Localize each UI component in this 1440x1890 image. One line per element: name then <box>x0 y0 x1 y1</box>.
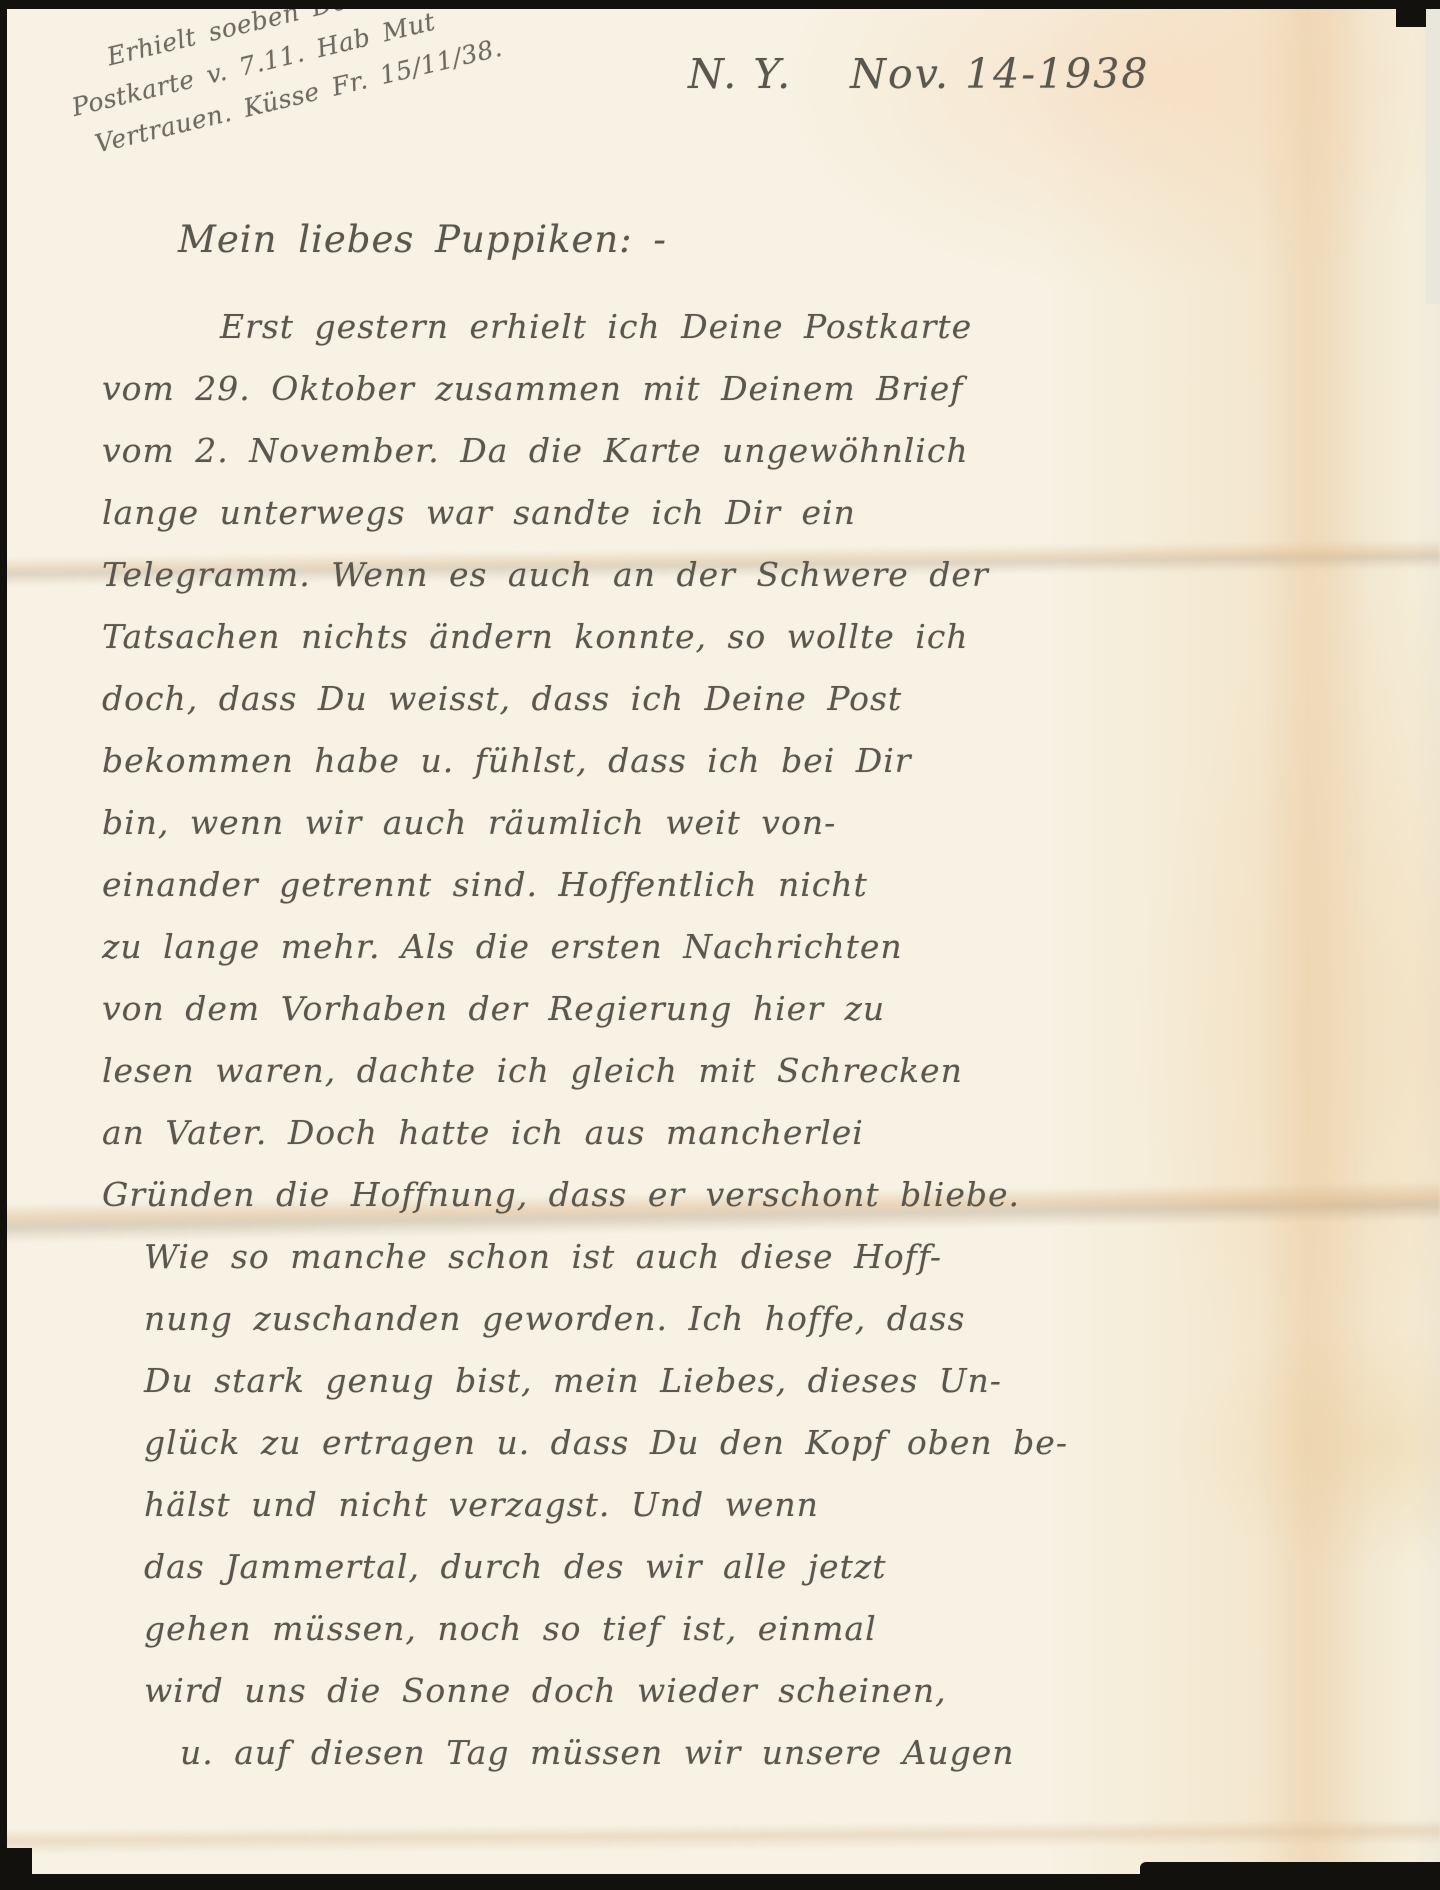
letter-line: u. auf diesen Tag müssen wir unsere Auge… <box>180 1722 1212 1784</box>
letter-line: Gründen die Hoffnung, dass er verschont … <box>102 1164 1212 1226</box>
letter-line: lesen waren, dachte ich gleich mit Schre… <box>102 1040 1212 1102</box>
letter-line: vom 2. November. Da die Karte ungewöhnli… <box>102 420 1212 482</box>
dateline: N. Y.Nov. 14-1938 <box>688 50 1149 98</box>
letter-line: hälst und nicht verzagst. Und wenn <box>144 1474 1212 1536</box>
letter-line: Erst gestern erhielt ich Deine Postkarte <box>102 296 1212 358</box>
letter-line: bekommen habe u. fühlst, dass ich bei Di… <box>102 730 1212 792</box>
scan-edge-top <box>0 0 1440 9</box>
scan-edge-right-sliver <box>1426 9 1440 304</box>
letter-line: von dem Vorhaben der Regierung hier zu <box>102 978 1212 1040</box>
salutation: Mein liebes Puppiken: - <box>178 218 667 261</box>
place: N. Y. <box>688 50 792 98</box>
letter-line: das Jammertal, durch des wir alle jetzt <box>144 1536 1212 1598</box>
date: Nov. 14-1938 <box>850 50 1149 98</box>
scan-edge-notch-bottom-left <box>0 1848 32 1890</box>
letter-line: nung zuschanden geworden. Ich hoffe, das… <box>144 1288 1212 1350</box>
letter-line: Tatsachen nichts ändern konnte, so wollt… <box>102 606 1212 668</box>
letter-line: Wie so manche schon ist auch diese Hoff- <box>144 1226 1212 1288</box>
letter-line: Telegramm. Wenn es auch an der Schwere d… <box>102 544 1212 606</box>
letter-body: Erst gestern erhielt ich Deine Postkarte… <box>102 296 1212 1784</box>
scan-edge-bottom-right <box>1140 1862 1440 1890</box>
letter-scan: Erhielt soeben Deine Postkarte v. 7.11. … <box>0 0 1440 1890</box>
letter-line: bin, wenn wir auch räumlich weit von- <box>102 792 1212 854</box>
letter-line: gehen müssen, noch so tief ist, einmal <box>144 1598 1212 1660</box>
letter-line: glück zu ertragen u. dass Du den Kopf ob… <box>144 1412 1212 1474</box>
letter-line: Du stark genug bist, mein Liebes, dieses… <box>144 1350 1212 1412</box>
scan-edge-left <box>0 0 7 1890</box>
letter-line: einander getrennt sind. Hoffentlich nich… <box>102 854 1212 916</box>
letter-line: vom 29. Oktober zusammen mit Deinem Brie… <box>102 358 1212 420</box>
letter-line: doch, dass Du weisst, dass ich Deine Pos… <box>102 668 1212 730</box>
letter-line: wird uns die Sonne doch wieder scheinen, <box>144 1660 1212 1722</box>
letter-line: an Vater. Doch hatte ich aus mancherlei <box>102 1102 1212 1164</box>
letter-line: zu lange mehr. Als die ersten Nachrichte… <box>102 916 1212 978</box>
letter-line: lange unterwegs war sandte ich Dir ein <box>102 482 1212 544</box>
